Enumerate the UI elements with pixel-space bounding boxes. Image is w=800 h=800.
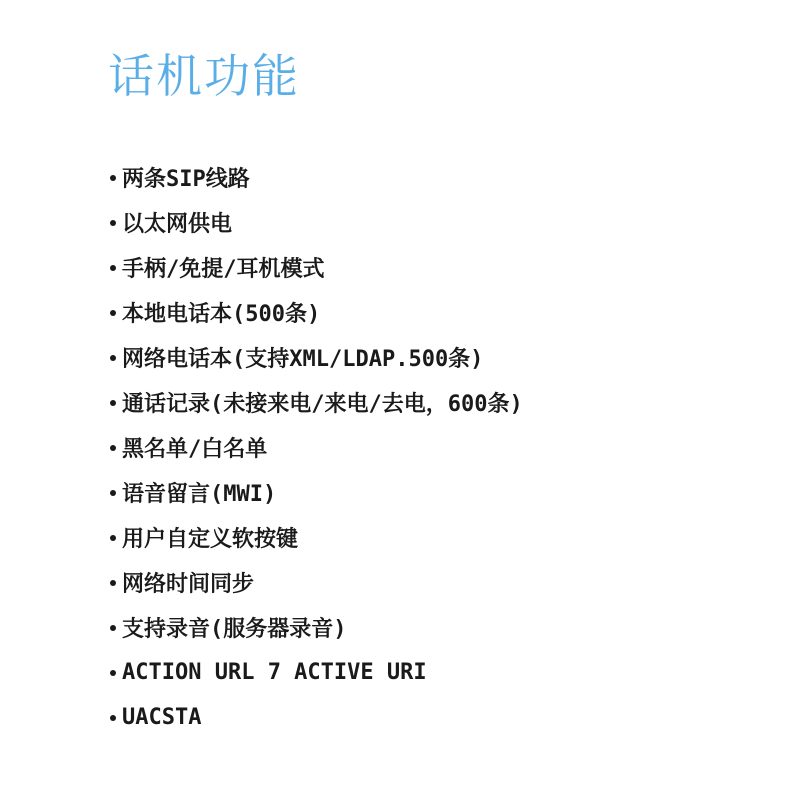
page-title: 话机功能 (108, 46, 300, 106)
feature-label: 网络电话本(支持XML/LDAP.500条) (122, 342, 483, 373)
bullet-icon (110, 355, 116, 361)
feature-label: 本地电话本(500条) (122, 297, 320, 328)
feature-label: 黑名单/白名单 (122, 432, 267, 463)
bullet-icon (110, 175, 116, 181)
feature-label: 通话记录(未接来电/来电/去电，600条) (122, 387, 523, 418)
bullet-icon (110, 220, 116, 226)
bullet-icon (110, 535, 116, 541)
bullet-icon (110, 625, 116, 631)
bullet-icon (110, 580, 116, 586)
list-item: 通话记录(未接来电/来电/去电，600条) (108, 380, 523, 425)
bullet-icon (110, 490, 116, 496)
feature-label: 用户自定义软按键 (122, 522, 298, 553)
feature-label: 手柄/免提/耳机模式 (122, 252, 325, 283)
list-item: 本地电话本(500条) (108, 290, 523, 335)
list-item: ACTION URL 7 ACTIVE URI (108, 650, 523, 695)
feature-label: 语音留言(MWI) (122, 477, 276, 508)
list-item: 支持录音(服务器录音) (108, 605, 523, 650)
feature-list: 两条SIP线路 以太网供电 手柄/免提/耳机模式 本地电话本(500条) 网络电… (108, 155, 523, 740)
feature-label: 两条SIP线路 (122, 162, 250, 193)
bullet-icon (110, 310, 116, 316)
list-item: 网络时间同步 (108, 560, 523, 605)
feature-label: UACSTA (122, 705, 201, 730)
list-item: 用户自定义软按键 (108, 515, 523, 560)
list-item: 语音留言(MWI) (108, 470, 523, 515)
feature-label: 以太网供电 (122, 207, 232, 238)
list-item: 网络电话本(支持XML/LDAP.500条) (108, 335, 523, 380)
list-item: UACSTA (108, 695, 523, 740)
bullet-icon (110, 670, 116, 676)
list-item: 手柄/免提/耳机模式 (108, 245, 523, 290)
bullet-icon (110, 445, 116, 451)
bullet-icon (110, 400, 116, 406)
feature-label: 支持录音(服务器录音) (122, 612, 347, 643)
feature-label: ACTION URL 7 ACTIVE URI (122, 660, 427, 685)
list-item: 以太网供电 (108, 200, 523, 245)
list-item: 两条SIP线路 (108, 155, 523, 200)
bullet-icon (110, 715, 116, 721)
bullet-icon (110, 265, 116, 271)
feature-label: 网络时间同步 (122, 567, 254, 598)
list-item: 黑名单/白名单 (108, 425, 523, 470)
